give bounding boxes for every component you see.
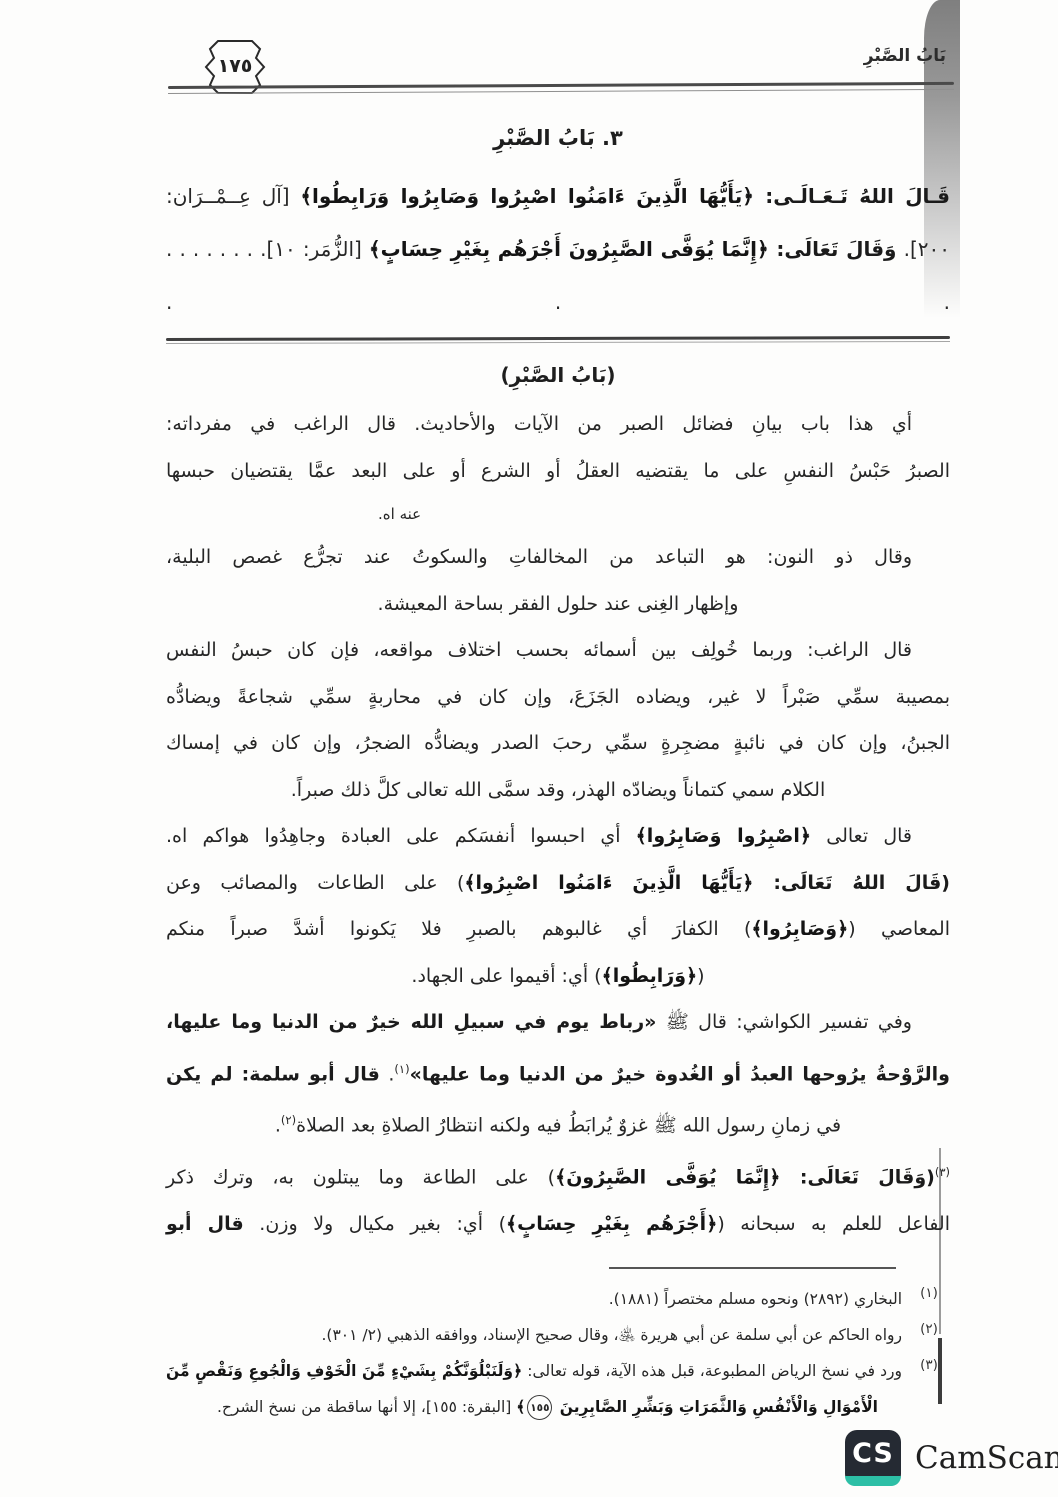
text-line: بمصيبة سمِّي صَبْراً لا غير، ويضاده الجَ… (166, 674, 950, 721)
text-line: الجبنُ، وإن كان في نائبةٍ مضجِرةٍ سمِّي … (166, 720, 950, 767)
body-text: أي هذا باب بيانِ فضائل الصبر من الآيات و… (166, 401, 950, 1247)
text-run: الكلام سمي كتماناً ويضادّه الهذر، وقد سم… (291, 779, 825, 801)
footnote-marker: (١) (908, 1281, 950, 1317)
quran-text-run: ﴿وَصَابِرُوا﴾ (751, 918, 848, 940)
text-run: ) على الطاعة وما يبتلون به، وترك ذكر (166, 1166, 555, 1188)
footnote: (٢)رواه الحاكم عن أبي سلمة عن أبي هريرة … (166, 1317, 950, 1353)
text-run: رواه الحاكم عن أبي سلمة عن أبي هريرة ﵁، … (322, 1326, 903, 1344)
text-run: الصبرُ حَبْسُ النفسِ على ما يقتضيه العقل… (166, 460, 950, 482)
text-line: وفي تفسير الكواشي: قال ﷺ «رباط يوم في سب… (166, 999, 950, 1046)
text-run: قَـالَ اللهُ تَـعَـالَـى: (754, 184, 950, 208)
text-run: قال أبو (166, 1213, 244, 1235)
camscanner-badge-stripe (845, 1476, 901, 1486)
footnote: (١)البخاري (٢٨٩٢) ونحوه مسلم مختصراً (١٨… (166, 1281, 950, 1317)
text-line: ورد في نسخ الرياض المطبوعة، قبل هذه الآي… (166, 1353, 902, 1389)
page-content: ٣. بَابُ الصَّبْرِ قَـالَ اللهُ تَـعَـال… (166, 0, 950, 1425)
text-line: قال تعالى ﴿اصْبِرُوا وَصَابِرُوا﴾ أي احب… (166, 813, 950, 860)
text-run: ) على الطاعات والمصائب وعن (166, 872, 464, 894)
camscanner-badge-text: CS (852, 1438, 894, 1469)
footnote: (٣)ورد في نسخ الرياض المطبوعة، قبل هذه ا… (166, 1353, 950, 1425)
text-line: الْأَمْوَالِ وَالْأَنْفُسِ وَالثَّمَرَات… (166, 1389, 902, 1425)
text-line: قَـالَ اللهُ تَـعَـالَـى: ﴿يَأَيُّهَا ال… (166, 170, 950, 223)
text-line: عنه اه. (166, 494, 950, 534)
text-run: وقال ذو النون: هو التباعد من المخالفاتِ … (166, 546, 912, 568)
text-run: ( (697, 965, 704, 987)
scanned-page: ١٧٥ بَابُ الصَّبْرِ ٣. بَابُ الصَّبْرِ ق… (0, 0, 1058, 1497)
text-run: . (380, 1063, 395, 1085)
footnote-ref: (٣) (935, 1165, 950, 1179)
text-line: (٣)(وَقَالَ تَعَالَى: ﴿إِنَّمَا يُوَفَّى… (166, 1149, 950, 1201)
text-run: أي احبسوا أنفسَكم على العبادة وجاهِدُوا … (166, 825, 636, 847)
quran-text-run: ﴿أَجْرَهُم بِغَيْرِ حِسَابٍ﴾ (506, 1213, 717, 1235)
text-run: ) أي: بغير مكيال ولا وزن. (244, 1213, 506, 1235)
text-run: قال الراغب: وربما خُولِف بين أسمائه بحسب… (166, 639, 912, 661)
text-run: البخاري (٢٨٩٢) ونحوه مسلم مختصراً (١٨٨١)… (609, 1290, 902, 1308)
quran-text-run: ﴿إِنَّمَا يُوَفَّى الصَّبِرُونَ﴾ (555, 1166, 780, 1188)
chapter-title: ٣. بَابُ الصَّبْرِ (166, 126, 950, 150)
section-heading: (بَابُ الصَّبْرِ) (166, 363, 950, 387)
text-run: قال أبو سلمة: لم يكن (166, 1063, 380, 1085)
text-run: الجبنُ، وإن كان في نائبةٍ مضجِرةٍ سمِّي … (166, 732, 950, 754)
quran-text-run: ﴿اصْبِرُوا وَصَابِرُوا﴾ (636, 825, 811, 847)
quran-text-run: ﴾ (516, 1398, 525, 1416)
text-run: الفاعل للعلم به سبحانه ( (717, 1213, 950, 1235)
text-line: وقال ذو النون: هو التباعد من المخالفاتِ … (166, 534, 950, 581)
camscanner-label: CamScanner (915, 1440, 1058, 1476)
text-run: بمصيبة سمِّي صَبْراً لا غير، ويضاده الجَ… (166, 686, 950, 708)
footnotes: (١)البخاري (٢٨٩٢) ونحوه مسلم مختصراً (١٨… (166, 1281, 950, 1425)
text-run: والرَّوْحةُ يرُوحها العبدُ أو الغُدوة خي… (410, 1063, 950, 1085)
text-line: قال الراغب: وربما خُولِف بين أسمائه بحسب… (166, 627, 950, 674)
footnote-ref: (١) (394, 1062, 409, 1076)
camscanner-badge: CS (845, 1430, 901, 1486)
text-line: (﴿وَرَابِطُوا﴾) أي: أقيموا على الجهاد. (166, 953, 950, 1000)
text-run: [البقرة: ١٥٥]، إلا أنها ساقطة من نسخ الش… (217, 1398, 516, 1416)
quran-text-run: ﴿وَلَنَبْلُوَنَّكُمْ بِشَيْءٍ مِّنَ الْخ… (166, 1362, 522, 1380)
text-run: وإظهار الغِنى عند حلول الفقر بساحة المعي… (378, 593, 739, 615)
divider-rule (166, 336, 950, 344)
text-run: [آل عِــمْــرَان: (166, 184, 300, 208)
text-run: في زمانِ رسول الله ﷺ غزوٌ يُرابَطُ فيه و… (296, 1115, 841, 1137)
text-line: الفاعل للعلم به سبحانه (﴿أَجْرَهُم بِغَي… (166, 1201, 950, 1248)
text-run: ورد في نسخ الرياض المطبوعة، قبل هذه الآي… (522, 1362, 902, 1380)
text-line: المعاصي (﴿وَصَابِرُوا﴾) الكفارَ أي غالبو… (166, 906, 950, 953)
text-line: رواه الحاكم عن أبي سلمة عن أبي هريرة ﵁، … (166, 1317, 902, 1353)
text-line: ٢٠٠]. وَقَالَ تَعَالَى: ﴿إِنَّمَا يُوَفَ… (166, 223, 950, 329)
verse-number-medallion: ١٥٥ (527, 1395, 552, 1420)
text-run: ) أي: أقيموا على الجهاد. (411, 965, 601, 987)
quran-text-run: الْأَمْوَالِ وَالْأَنْفُسِ وَالثَّمَرَات… (554, 1398, 878, 1416)
text-run: قال تعالى (811, 825, 912, 847)
verse-block: قَـالَ اللهُ تَـعَـالَـى: ﴿يَأَيُّهَا ال… (166, 170, 950, 329)
text-run: المعاصي ( (848, 918, 950, 940)
text-line: وإظهار الغِنى عند حلول الفقر بساحة المعي… (166, 581, 950, 628)
quran-text-run: ﴿وَرَابِطُوا﴾ (602, 965, 698, 987)
text-line: في زمانِ رسول الله ﷺ غزوٌ يُرابَطُ فيه و… (166, 1097, 950, 1149)
text-run: وَقَالَ تَعَالَى: (769, 237, 897, 261)
footnote-body: رواه الحاكم عن أبي سلمة عن أبي هريرة ﵁، … (166, 1317, 902, 1353)
text-run: «رباط يوم في سبيلِ الله خيرٌ من الدنيا و… (166, 1011, 656, 1033)
text-run: [الزُّمَر: ١٠]. (253, 237, 369, 261)
text-line: البخاري (٢٨٩٢) ونحوه مسلم مختصراً (١٨٨١)… (166, 1281, 902, 1317)
footnote-marker: (٢) (908, 1317, 950, 1353)
footnote-body: ورد في نسخ الرياض المطبوعة، قبل هذه الآي… (166, 1353, 902, 1425)
text-line: (قَالَ اللهُ تَعَالَى: ﴿يَأَيُّهَا الَّذ… (166, 860, 950, 907)
text-run: (وَقَالَ تَعَالَى: (780, 1166, 934, 1188)
footnotes-separator (609, 1267, 896, 1269)
footnote-marker: (٣) (908, 1353, 950, 1425)
quran-text-run: ﴿إِنَّمَا يُوَفَّى الصَّبِرُونَ أَجْرَهُ… (369, 237, 769, 261)
text-run: (قَالَ اللهُ تَعَالَى: (753, 872, 950, 894)
quran-text-run: ﴿يَأَيُّهَا الَّذِينَ ءَامَنُوا اصْبِرُو… (300, 184, 754, 208)
text-run: عنه اه. (378, 505, 421, 523)
text-line: الكلام سمي كتماناً ويضادّه الهذر، وقد سم… (166, 767, 950, 814)
quran-text-run: ﴿يَأَيُّهَا الَّذِينَ ءَامَنُوا اصْبِرُو… (464, 872, 753, 894)
camscanner-watermark: CS CamScanner (845, 1430, 1058, 1486)
text-run: ٢٠٠]. (897, 237, 950, 261)
text-line: والرَّوْحةُ يرُوحها العبدُ أو الغُدوة خي… (166, 1046, 950, 1098)
text-run: أي هذا باب بيانِ فضائل الصبر من الآيات و… (166, 413, 912, 435)
text-run: وفي تفسير الكواشي: قال ﷺ (656, 1011, 912, 1033)
footnote-body: البخاري (٢٨٩٢) ونحوه مسلم مختصراً (١٨٨١)… (166, 1281, 902, 1317)
text-run: ) الكفارَ أي غالبوهم بالصبرِ فلا يَكونوا… (166, 918, 751, 940)
footnote-ref: (٢) (281, 1113, 296, 1127)
text-line: الصبرُ حَبْسُ النفسِ على ما يقتضيه العقل… (166, 448, 950, 495)
text-line: أي هذا باب بيانِ فضائل الصبر من الآيات و… (166, 401, 950, 448)
